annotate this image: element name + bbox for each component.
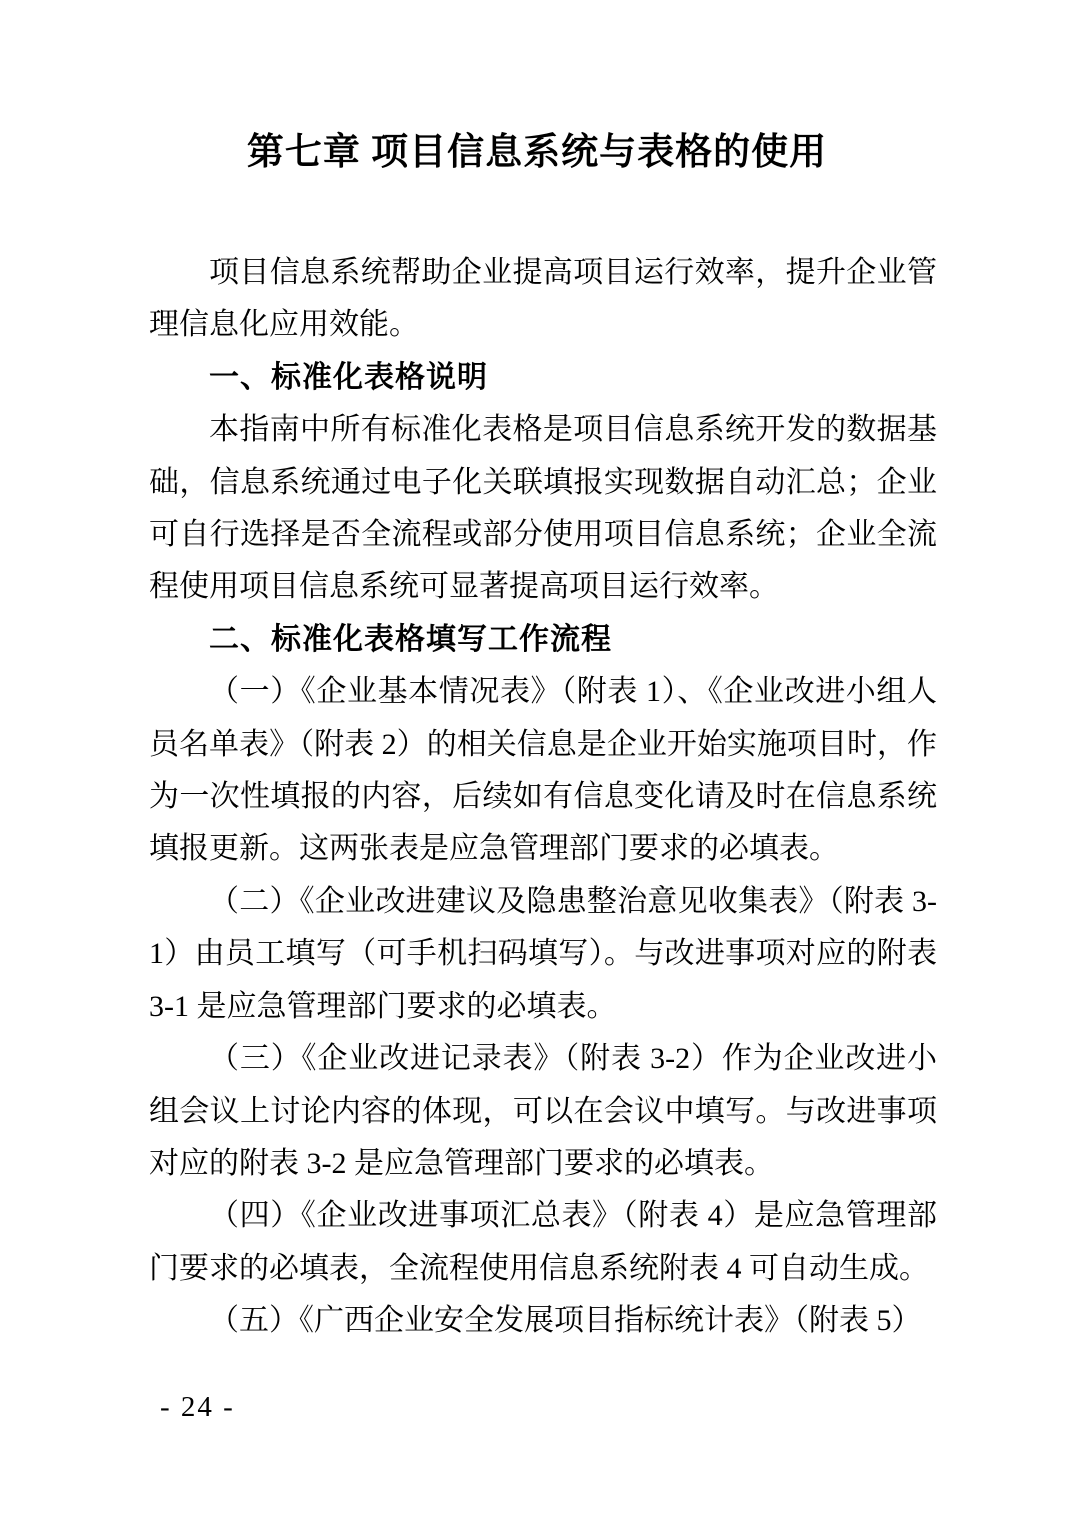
paragraph-item-4: （四）《企业改进事项汇总表》（附表 4）是应急管理部门要求的必填表，全流程使用信… (149, 1190, 937, 1295)
paragraph-item-5: （五）《广西企业安全发展项目指标统计表》（附表 5） (149, 1295, 937, 1347)
chapter-title: 第七章 项目信息系统与表格的使用 (0, 131, 1074, 175)
paragraph-intro: 项目信息系统帮助企业提高项目运行效率，提升企业管理信息化应用效能。 (149, 247, 937, 352)
paragraph-item-2: （二）《企业改进建议及隐患整治意见收集表》（附表 3-1）由员工填写（可手机扫码… (149, 876, 937, 1033)
section-heading-1: 一、标准化表格说明 (149, 352, 937, 404)
paragraph-item-3: （三）《企业改进记录表》（附表 3-2）作为企业改进小组会议上讨论内容的体现，可… (149, 1033, 937, 1190)
document-body: 项目信息系统帮助企业提高项目运行效率，提升企业管理信息化应用效能。 一、标准化表… (149, 247, 937, 1348)
paragraph-item-1: （一）《企业基本情况表》（附表 1）、《企业改进小组人员名单表》（附表 2）的相… (149, 666, 937, 876)
page-number: - 24 - (160, 1391, 235, 1424)
section-heading-2: 二、标准化表格填写工作流程 (149, 614, 937, 666)
paragraph-section1-body: 本指南中所有标准化表格是项目信息系统开发的数据基础，信息系统通过电子化关联填报实… (149, 404, 937, 614)
document-page: 第七章 项目信息系统与表格的使用 项目信息系统帮助企业提高项目运行效率，提升企业… (0, 0, 1074, 1520)
